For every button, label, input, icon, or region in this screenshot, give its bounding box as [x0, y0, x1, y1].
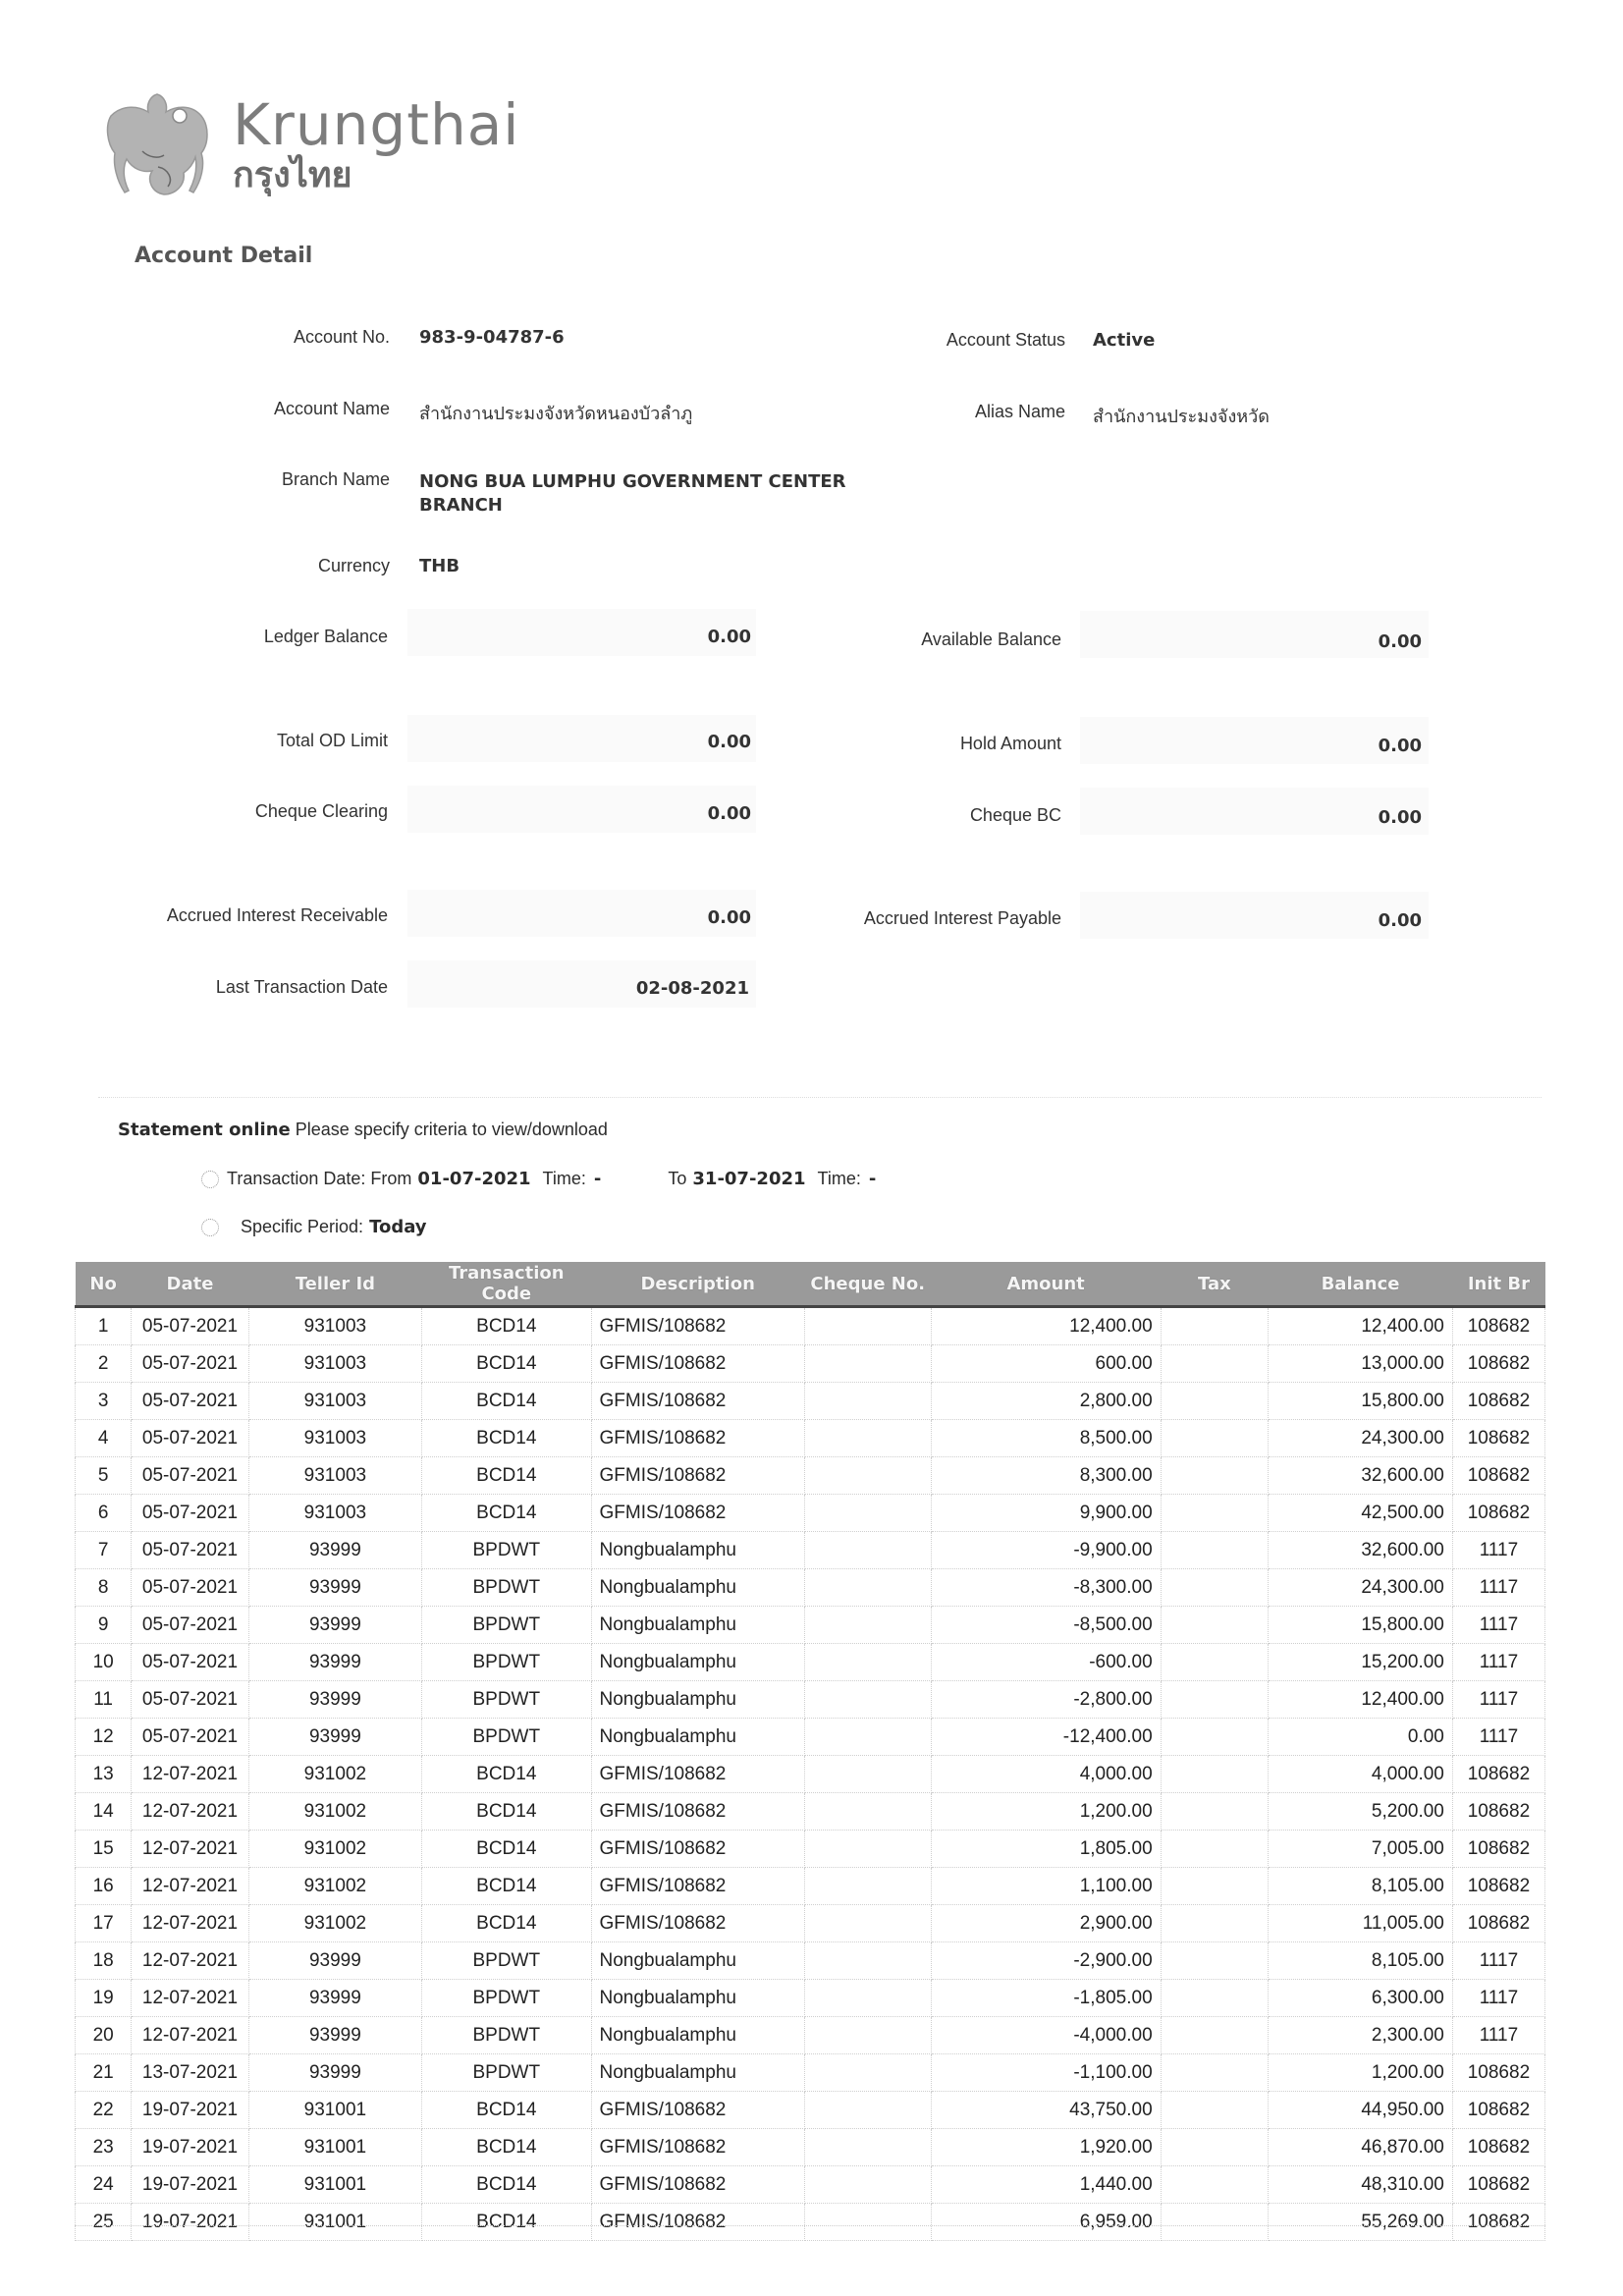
row-amount: 6,959.00 — [931, 2204, 1161, 2241]
row-cheque-no — [804, 1719, 931, 1756]
specific-period-value[interactable]: Today — [369, 1217, 426, 1237]
row-tax — [1161, 1793, 1269, 1831]
row-init-br: 108682 — [1452, 1868, 1544, 1905]
column-header[interactable]: Transaction Code — [422, 1262, 591, 1307]
row-cheque-no — [804, 1345, 931, 1383]
row-description: GFMIS/108682 — [591, 1457, 804, 1495]
row-balance: 8,105.00 — [1269, 1868, 1453, 1905]
row-cheque-no — [804, 1980, 931, 2017]
total-od-limit-value: 0.00 — [708, 732, 751, 752]
row-teller-id: 93999 — [248, 1532, 421, 1569]
column-header[interactable]: No — [76, 1262, 132, 1307]
row-init-br: 108682 — [1452, 1383, 1544, 1420]
row-transaction-code: BPDWT — [422, 1719, 591, 1756]
row-balance: 12,400.00 — [1269, 1681, 1453, 1719]
account-status-value: Active — [1093, 330, 1155, 351]
row-amount: 1,805.00 — [931, 1831, 1161, 1868]
row-description: GFMIS/108682 — [591, 1793, 804, 1831]
row-teller-id: 931003 — [248, 1457, 421, 1495]
row-description: GFMIS/108682 — [591, 2129, 804, 2166]
row-tax — [1161, 1980, 1269, 2017]
row-amount: -600.00 — [931, 1644, 1161, 1681]
column-header[interactable]: Cheque No. — [804, 1262, 931, 1307]
value-box — [407, 715, 756, 762]
value-box — [1080, 892, 1429, 939]
row-date: 05-07-2021 — [132, 1420, 248, 1457]
row-init-br: 1117 — [1452, 1644, 1544, 1681]
column-header[interactable]: Date — [132, 1262, 248, 1307]
column-header[interactable]: Description — [591, 1262, 804, 1307]
row-amount: -8,300.00 — [931, 1569, 1161, 1607]
row-teller-id: 93999 — [248, 1980, 421, 2017]
row-transaction-code: BPDWT — [422, 1644, 591, 1681]
column-header[interactable]: Init Br — [1452, 1262, 1544, 1307]
row-no: 5 — [76, 1457, 132, 1495]
table-row[interactable]: 2519-07-2021931001BCD14GFMIS/1086826,959… — [76, 2204, 1545, 2241]
row-cheque-no — [804, 2092, 931, 2129]
row-amount: 1,100.00 — [931, 1868, 1161, 1905]
table-row[interactable]: 105-07-2021931003BCD14GFMIS/10868212,400… — [76, 1307, 1545, 1345]
cheque-bc-value: 0.00 — [1379, 807, 1422, 828]
table-row[interactable]: 2319-07-2021931001BCD14GFMIS/1086821,920… — [76, 2129, 1545, 2166]
row-cheque-no — [804, 2054, 931, 2092]
row-teller-id: 93999 — [248, 1607, 421, 1644]
row-date: 19-07-2021 — [132, 2092, 248, 2129]
row-no: 17 — [76, 1905, 132, 1942]
cheque-clearing-label: Cheque Clearing — [255, 801, 388, 822]
column-header[interactable]: Tax — [1161, 1262, 1269, 1307]
row-tax — [1161, 1457, 1269, 1495]
row-balance: 55,269.00 — [1269, 2204, 1453, 2241]
row-transaction-code: BCD14 — [422, 1345, 591, 1383]
table-bottom-rule — [75, 2225, 1545, 2226]
row-amount: 600.00 — [931, 1345, 1161, 1383]
row-date: 05-07-2021 — [132, 1532, 248, 1569]
row-description: GFMIS/108682 — [591, 1831, 804, 1868]
row-no: 13 — [76, 1756, 132, 1793]
row-date: 05-07-2021 — [132, 1607, 248, 1644]
row-balance: 11,005.00 — [1269, 1905, 1453, 1942]
bank-logo: Krungthai กรุงไทย — [103, 86, 519, 204]
row-description: GFMIS/108682 — [591, 2092, 804, 2129]
brand-name-en: Krungthai — [233, 95, 519, 154]
row-description: GFMIS/108682 — [591, 1420, 804, 1457]
column-header[interactable]: Teller Id — [248, 1262, 421, 1307]
row-no: 24 — [76, 2166, 132, 2204]
row-description: Nongbualamphu — [591, 1942, 804, 1980]
value-box — [407, 786, 756, 833]
row-balance: 2,300.00 — [1269, 2017, 1453, 2054]
row-no: 2 — [76, 1345, 132, 1383]
row-balance: 4,000.00 — [1269, 1756, 1453, 1793]
row-tax — [1161, 1345, 1269, 1383]
brand-name-th: กรุงไทย — [233, 156, 519, 195]
row-transaction-code: BPDWT — [422, 2054, 591, 2092]
row-teller-id: 931003 — [248, 1345, 421, 1383]
row-description: Nongbualamphu — [591, 2017, 804, 2054]
accrued-interest-payable-label: Accrued Interest Payable — [864, 908, 1061, 929]
row-balance: 7,005.00 — [1269, 1831, 1453, 1868]
row-no: 3 — [76, 1383, 132, 1420]
row-teller-id: 931001 — [248, 2204, 421, 2241]
column-header[interactable]: Amount — [931, 1262, 1161, 1307]
row-init-br: 108682 — [1452, 2054, 1544, 2092]
accrued-interest-payable-value: 0.00 — [1379, 910, 1422, 931]
table-row[interactable]: 705-07-202193999BPDWTNongbualamphu-9,900… — [76, 1532, 1545, 1569]
row-cheque-no — [804, 1569, 931, 1607]
table-row[interactable]: 505-07-2021931003BCD14GFMIS/1086828,300.… — [76, 1457, 1545, 1495]
row-amount: 2,900.00 — [931, 1905, 1161, 1942]
row-date: 12-07-2021 — [132, 1980, 248, 2017]
row-transaction-code: BCD14 — [422, 1383, 591, 1420]
row-teller-id: 93999 — [248, 1569, 421, 1607]
row-transaction-code: BCD14 — [422, 1457, 591, 1495]
row-tax — [1161, 1532, 1269, 1569]
row-teller-id: 931003 — [248, 1383, 421, 1420]
table-row[interactable]: 1712-07-2021931002BCD14GFMIS/1086822,900… — [76, 1905, 1545, 1942]
row-transaction-code: BPDWT — [422, 1569, 591, 1607]
row-teller-id: 93999 — [248, 1719, 421, 1756]
row-balance: 6,300.00 — [1269, 1980, 1453, 2017]
row-no: 14 — [76, 1793, 132, 1831]
row-cheque-no — [804, 1383, 931, 1420]
row-tax — [1161, 1307, 1269, 1345]
transaction-date-radio[interactable] — [201, 1171, 219, 1188]
row-tax — [1161, 2017, 1269, 2054]
row-tax — [1161, 2054, 1269, 2092]
currency-value: THB — [419, 556, 460, 576]
table-row[interactable]: 2219-07-2021931001BCD14GFMIS/10868243,75… — [76, 2092, 1545, 2129]
row-tax — [1161, 1719, 1269, 1756]
row-transaction-code: BCD14 — [422, 2166, 591, 2204]
row-cheque-no — [804, 1607, 931, 1644]
row-amount: -2,900.00 — [931, 1942, 1161, 1980]
from-date-value[interactable]: 01-07-2021 — [417, 1169, 530, 1189]
row-teller-id: 931002 — [248, 1756, 421, 1793]
account-name-label: Account Name — [274, 399, 390, 419]
row-balance: 5,200.00 — [1269, 1793, 1453, 1831]
row-no: 19 — [76, 1980, 132, 2017]
value-box — [1080, 788, 1429, 835]
row-date: 12-07-2021 — [132, 1793, 248, 1831]
branch-name-label: Branch Name — [282, 469, 390, 490]
value-box — [407, 890, 756, 937]
table-row[interactable]: 205-07-2021931003BCD14GFMIS/108682600.00… — [76, 1345, 1545, 1383]
row-amount: 4,000.00 — [931, 1756, 1161, 1793]
row-cheque-no — [804, 1831, 931, 1868]
to-time-value[interactable]: - — [869, 1169, 876, 1189]
row-init-br: 108682 — [1452, 1345, 1544, 1383]
row-init-br: 1117 — [1452, 1569, 1544, 1607]
table-row[interactable]: 1205-07-202193999BPDWTNongbualamphu-12,4… — [76, 1719, 1545, 1756]
row-transaction-code: BPDWT — [422, 1942, 591, 1980]
row-init-br: 108682 — [1452, 2204, 1544, 2241]
row-date: 19-07-2021 — [132, 2166, 248, 2204]
row-amount: -4,000.00 — [931, 2017, 1161, 2054]
row-cheque-no — [804, 1457, 931, 1495]
row-transaction-code: BCD14 — [422, 1420, 591, 1457]
row-date: 05-07-2021 — [132, 1681, 248, 1719]
row-no: 20 — [76, 2017, 132, 2054]
row-amount: -9,900.00 — [931, 1532, 1161, 1569]
row-amount: 8,300.00 — [931, 1457, 1161, 1495]
row-description: GFMIS/108682 — [591, 1905, 804, 1942]
row-balance: 32,600.00 — [1269, 1532, 1453, 1569]
row-init-br: 108682 — [1452, 1756, 1544, 1793]
row-balance: 44,950.00 — [1269, 2092, 1453, 2129]
row-no: 7 — [76, 1532, 132, 1569]
row-init-br: 108682 — [1452, 2092, 1544, 2129]
table-row[interactable]: 905-07-202193999BPDWTNongbualamphu-8,500… — [76, 1607, 1545, 1644]
transaction-date-option[interactable]: Transaction Date: From 01-07-2021 Time: … — [201, 1169, 882, 1189]
row-transaction-code: BPDWT — [422, 2017, 591, 2054]
row-date: 05-07-2021 — [132, 1495, 248, 1532]
transactions-table: NoDateTeller IdTransaction CodeDescripti… — [75, 1262, 1545, 2241]
row-balance: 24,300.00 — [1269, 1420, 1453, 1457]
table-row[interactable]: 1912-07-202193999BPDWTNongbualamphu-1,80… — [76, 1980, 1545, 2017]
row-date: 12-07-2021 — [132, 2017, 248, 2054]
row-init-br: 108682 — [1452, 1495, 1544, 1532]
available-balance-value: 0.00 — [1379, 631, 1422, 652]
row-balance: 13,000.00 — [1269, 1345, 1453, 1383]
row-init-br: 108682 — [1452, 1831, 1544, 1868]
row-balance: 15,200.00 — [1269, 1644, 1453, 1681]
row-cheque-no — [804, 2129, 931, 2166]
row-amount: -8,500.00 — [931, 1607, 1161, 1644]
row-balance: 42,500.00 — [1269, 1495, 1453, 1532]
row-transaction-code: BCD14 — [422, 2129, 591, 2166]
row-description: GFMIS/108682 — [591, 1495, 804, 1532]
row-date: 13-07-2021 — [132, 2054, 248, 2092]
statement-title: Statement online — [118, 1120, 291, 1140]
row-amount: 43,750.00 — [931, 2092, 1161, 2129]
row-cheque-no — [804, 1681, 931, 1719]
table-header-row: NoDateTeller IdTransaction CodeDescripti… — [76, 1262, 1545, 1307]
cheque-clearing-value: 0.00 — [708, 803, 751, 824]
row-date: 12-07-2021 — [132, 1868, 248, 1905]
row-tax — [1161, 2092, 1269, 2129]
table-row[interactable]: 805-07-202193999BPDWTNongbualamphu-8,300… — [76, 1569, 1545, 1607]
table-row[interactable]: 1105-07-202193999BPDWTNongbualamphu-2,80… — [76, 1681, 1545, 1719]
row-amount: -1,805.00 — [931, 1980, 1161, 2017]
row-description: GFMIS/108682 — [591, 2166, 804, 2204]
transaction-date-label: Transaction Date: From — [227, 1169, 411, 1189]
row-description: GFMIS/108682 — [591, 2204, 804, 2241]
row-init-br: 108682 — [1452, 2166, 1544, 2204]
table-row[interactable]: 2419-07-2021931001BCD14GFMIS/1086821,440… — [76, 2166, 1545, 2204]
row-teller-id: 931003 — [248, 1307, 421, 1345]
account-no-label: Account No. — [294, 327, 390, 348]
row-date: 12-07-2021 — [132, 1942, 248, 1980]
row-cheque-no — [804, 2166, 931, 2204]
table-row[interactable]: 1412-07-2021931002BCD14GFMIS/1086821,200… — [76, 1793, 1545, 1831]
row-tax — [1161, 1644, 1269, 1681]
row-no: 8 — [76, 1569, 132, 1607]
row-teller-id: 93999 — [248, 1681, 421, 1719]
currency-label: Currency — [318, 556, 390, 576]
table-row[interactable]: 1312-07-2021931002BCD14GFMIS/1086824,000… — [76, 1756, 1545, 1793]
row-init-br: 108682 — [1452, 1457, 1544, 1495]
row-cheque-no — [804, 1532, 931, 1569]
table-row[interactable]: 1612-07-2021931002BCD14GFMIS/1086821,100… — [76, 1868, 1545, 1905]
row-balance: 12,400.00 — [1269, 1307, 1453, 1345]
row-description: Nongbualamphu — [591, 1569, 804, 1607]
row-init-br: 1117 — [1452, 1980, 1544, 2017]
row-balance: 48,310.00 — [1269, 2166, 1453, 2204]
row-date: 19-07-2021 — [132, 2129, 248, 2166]
row-transaction-code: BPDWT — [422, 1607, 591, 1644]
row-teller-id: 931002 — [248, 1793, 421, 1831]
row-transaction-code: BCD14 — [422, 1793, 591, 1831]
row-amount: 9,900.00 — [931, 1495, 1161, 1532]
row-tax — [1161, 2204, 1269, 2241]
row-date: 12-07-2021 — [132, 1905, 248, 1942]
row-description: GFMIS/108682 — [591, 1868, 804, 1905]
specific-period-label: Specific Period: — [241, 1217, 363, 1237]
hold-amount-value: 0.00 — [1379, 736, 1422, 756]
row-description: Nongbualamphu — [591, 1644, 804, 1681]
row-teller-id: 93999 — [248, 1644, 421, 1681]
row-teller-id: 931002 — [248, 1905, 421, 1942]
row-transaction-code: BCD14 — [422, 1831, 591, 1868]
row-tax — [1161, 1495, 1269, 1532]
to-date-value[interactable]: 31-07-2021 — [692, 1169, 805, 1189]
row-description: GFMIS/108682 — [591, 1307, 804, 1345]
row-transaction-code: BPDWT — [422, 1532, 591, 1569]
table-row[interactable]: 1812-07-202193999BPDWTNongbualamphu-2,90… — [76, 1942, 1545, 1980]
row-balance: 24,300.00 — [1269, 1569, 1453, 1607]
row-cheque-no — [804, 1644, 931, 1681]
row-tax — [1161, 1383, 1269, 1420]
row-no: 9 — [76, 1607, 132, 1644]
specific-period-radio[interactable] — [201, 1219, 219, 1236]
row-description: GFMIS/108682 — [591, 1345, 804, 1383]
row-amount: 8,500.00 — [931, 1420, 1161, 1457]
row-teller-id: 93999 — [248, 1942, 421, 1980]
row-cheque-no — [804, 1495, 931, 1532]
specific-period-option[interactable]: Specific Period: Today — [201, 1217, 433, 1237]
table-row[interactable]: 2113-07-202193999BPDWTNongbualamphu-1,10… — [76, 2054, 1545, 2092]
row-amount: 12,400.00 — [931, 1307, 1161, 1345]
row-amount: 1,920.00 — [931, 2129, 1161, 2166]
hold-amount-label: Hold Amount — [960, 734, 1061, 754]
row-description: Nongbualamphu — [591, 2054, 804, 2092]
row-teller-id: 931002 — [248, 1868, 421, 1905]
row-cheque-no — [804, 1868, 931, 1905]
row-amount: -12,400.00 — [931, 1719, 1161, 1756]
row-init-br: 1117 — [1452, 1607, 1544, 1644]
column-header[interactable]: Balance — [1269, 1262, 1453, 1307]
row-description: Nongbualamphu — [591, 1681, 804, 1719]
row-tax — [1161, 1942, 1269, 1980]
row-date: 12-07-2021 — [132, 1831, 248, 1868]
value-box — [407, 609, 756, 656]
table-row[interactable]: 605-07-2021931003BCD14GFMIS/1086829,900.… — [76, 1495, 1545, 1532]
row-tax — [1161, 2166, 1269, 2204]
last-transaction-date-label: Last Transaction Date — [216, 977, 388, 998]
row-no: 1 — [76, 1307, 132, 1345]
garuda-emblem-icon — [103, 86, 211, 204]
alias-name-value: สำนักงานประมงจังหวัด — [1093, 402, 1270, 430]
row-init-br: 108682 — [1452, 1905, 1544, 1942]
row-init-br: 108682 — [1452, 1420, 1544, 1457]
statement-header: Statement online Please specify criteria… — [118, 1120, 608, 1140]
accrued-interest-receivable-label: Accrued Interest Receivable — [167, 905, 388, 926]
cheque-bc-label: Cheque BC — [970, 805, 1061, 826]
row-no: 21 — [76, 2054, 132, 2092]
account-detail-title: Account Detail — [135, 244, 312, 268]
row-teller-id: 93999 — [248, 2054, 421, 2092]
branch-name-value-line1: NONG BUA LUMPHU GOVERNMENT CENTER — [419, 471, 846, 492]
row-balance: 15,800.00 — [1269, 1607, 1453, 1644]
alias-name-label: Alias Name — [975, 402, 1065, 422]
row-transaction-code: BCD14 — [422, 1756, 591, 1793]
row-tax — [1161, 1756, 1269, 1793]
row-date: 05-07-2021 — [132, 1644, 248, 1681]
row-init-br: 108682 — [1452, 2129, 1544, 2166]
row-date: 05-07-2021 — [132, 1383, 248, 1420]
row-description: Nongbualamphu — [591, 1980, 804, 2017]
row-amount: 2,800.00 — [931, 1383, 1161, 1420]
row-amount: 1,200.00 — [931, 1793, 1161, 1831]
account-name-value: สำนักงานประมงจังหวัดหนองบัวลำภู — [419, 399, 692, 427]
row-no: 15 — [76, 1831, 132, 1868]
table-row[interactable]: 2012-07-202193999BPDWTNongbualamphu-4,00… — [76, 2017, 1545, 2054]
row-teller-id: 931003 — [248, 1495, 421, 1532]
row-amount: -1,100.00 — [931, 2054, 1161, 2092]
row-transaction-code: BCD14 — [422, 1495, 591, 1532]
table-row[interactable]: 405-07-2021931003BCD14GFMIS/1086828,500.… — [76, 1420, 1545, 1457]
row-no: 25 — [76, 2204, 132, 2241]
row-teller-id: 931001 — [248, 2129, 421, 2166]
row-teller-id: 931001 — [248, 2092, 421, 2129]
row-date: 05-07-2021 — [132, 1719, 248, 1756]
row-description: GFMIS/108682 — [591, 1756, 804, 1793]
table-row[interactable]: 1005-07-202193999BPDWTNongbualamphu-600.… — [76, 1644, 1545, 1681]
row-no: 6 — [76, 1495, 132, 1532]
table-row[interactable]: 305-07-2021931003BCD14GFMIS/1086822,800.… — [76, 1383, 1545, 1420]
ledger-balance-value: 0.00 — [708, 627, 751, 647]
row-tax — [1161, 1420, 1269, 1457]
row-date: 05-07-2021 — [132, 1457, 248, 1495]
row-description: Nongbualamphu — [591, 1719, 804, 1756]
row-teller-id: 931002 — [248, 1831, 421, 1868]
last-transaction-date-value: 02-08-2021 — [636, 978, 749, 999]
row-init-br: 1117 — [1452, 2017, 1544, 2054]
row-cheque-no — [804, 1420, 931, 1457]
to-label: To — [668, 1169, 686, 1189]
row-transaction-code: BCD14 — [422, 1868, 591, 1905]
branch-name-value-line2: BRANCH — [419, 495, 503, 516]
row-no: 11 — [76, 1681, 132, 1719]
value-box — [1080, 611, 1429, 658]
row-cheque-no — [804, 1756, 931, 1793]
from-time-value[interactable]: - — [594, 1169, 601, 1189]
accrued-interest-receivable-value: 0.00 — [708, 907, 751, 928]
row-transaction-code: BCD14 — [422, 2204, 591, 2241]
row-cheque-no — [804, 2204, 931, 2241]
row-balance: 8,105.00 — [1269, 1942, 1453, 1980]
row-cheque-no — [804, 1905, 931, 1942]
value-box — [1080, 717, 1429, 764]
row-date: 05-07-2021 — [132, 1307, 248, 1345]
row-description: Nongbualamphu — [591, 1607, 804, 1644]
row-balance: 46,870.00 — [1269, 2129, 1453, 2166]
table-row[interactable]: 1512-07-2021931002BCD14GFMIS/1086821,805… — [76, 1831, 1545, 1868]
row-transaction-code: BPDWT — [422, 1980, 591, 2017]
row-date: 19-07-2021 — [132, 2204, 248, 2241]
row-amount: -2,800.00 — [931, 1681, 1161, 1719]
